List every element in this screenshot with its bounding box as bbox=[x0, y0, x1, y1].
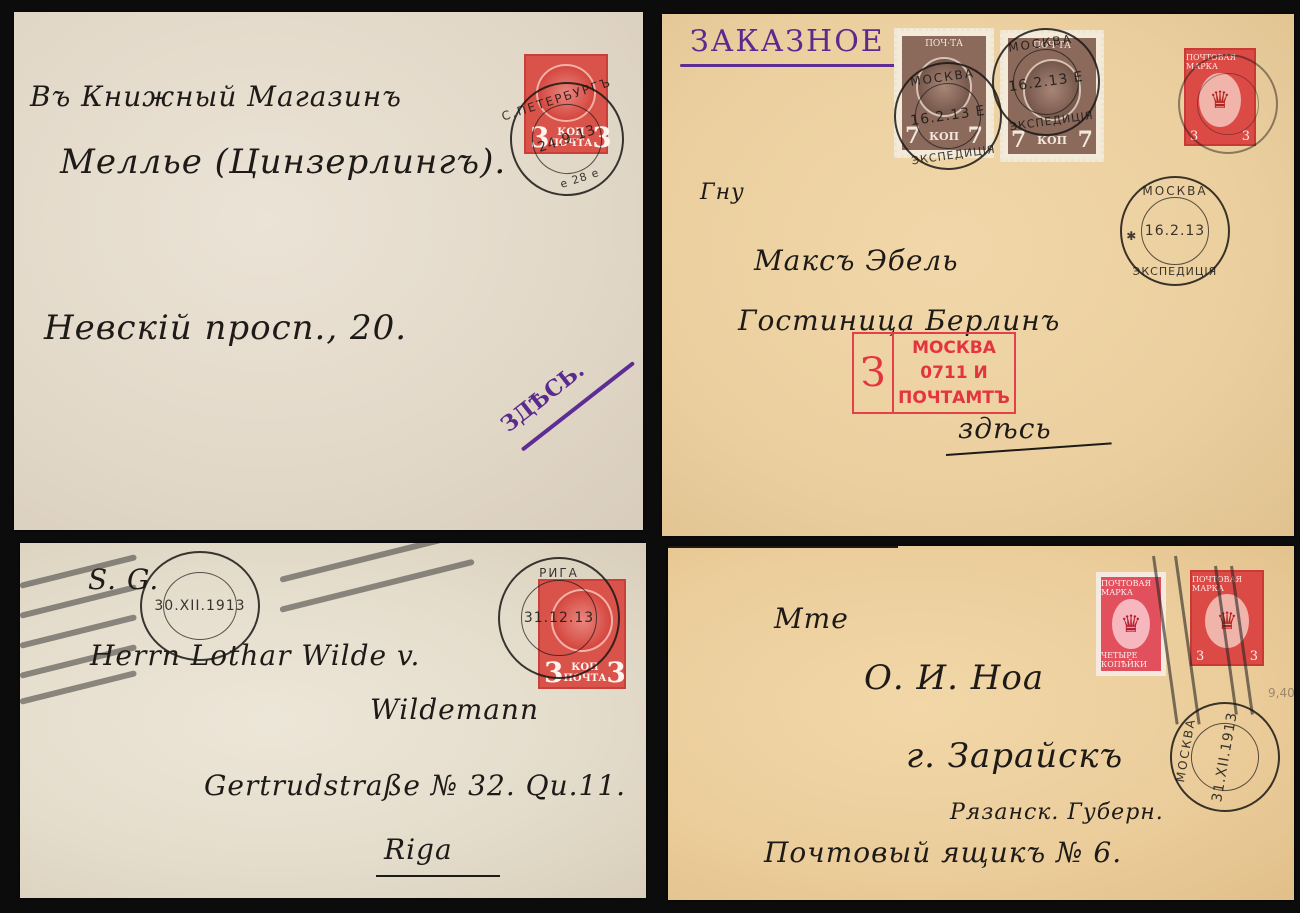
address-line-2: О. И. Ноа bbox=[864, 658, 1044, 698]
stamp-bottom-text: ЧЕТЫРЕ КОПѢЙКИ bbox=[1101, 651, 1161, 669]
postmark-date: 16.2.13 bbox=[1122, 223, 1228, 239]
registration-city: МОСКВА bbox=[912, 338, 996, 358]
postmark-moscow: МОСКВА 31.XII.1913 bbox=[1161, 693, 1288, 820]
envelope-moscow-registered: ЗАКАЗНОЕ ПОЧ·ТА 7КОП7 ПОЧ·ТА 7КОП7 МОСКВ… bbox=[662, 14, 1294, 536]
address-line-5: Почтовый ящикъ № 6. bbox=[764, 836, 1122, 869]
postmark-st-petersburg: С.ПЕТЕРБУРГЪ 24.9.13 е 28 е bbox=[495, 67, 639, 211]
handstamp-zdes: ЗДѢСЬ. bbox=[496, 357, 589, 438]
machine-cancel-bar bbox=[20, 670, 137, 705]
postmark-ghost bbox=[1178, 54, 1278, 154]
address-line-5: Riga bbox=[384, 833, 453, 866]
address-line-3: Невскій просп., 20. bbox=[44, 308, 407, 348]
address-line-1: Мme bbox=[774, 602, 849, 635]
postmark-city: МОСКВА bbox=[1122, 184, 1228, 198]
address-underline bbox=[668, 546, 898, 548]
envelope-st-petersburg: Въ Книжный Магазинъ Меллье (Цинзерлингъ)… bbox=[14, 12, 643, 530]
postmark-sub: ЭКСПЕДИЦІЯ bbox=[1122, 265, 1228, 278]
address-underline bbox=[376, 875, 500, 877]
handstamp-registered: ЗАКАЗНОЕ bbox=[690, 24, 885, 59]
registration-letter: З bbox=[854, 334, 894, 412]
address-line-1: S. G. bbox=[88, 563, 159, 596]
machine-cancel-bar bbox=[279, 543, 475, 583]
registration-office: ПОЧТАМТЪ bbox=[898, 388, 1010, 408]
postmark-city: РИГА bbox=[500, 566, 618, 580]
registration-label: З МОСКВА 0711 И ПОЧТАМТЪ bbox=[852, 332, 1016, 414]
envelope-riga: 30.XII.1913 3 КОППОЧТА 3 РИГА 31.12.13 S… bbox=[20, 543, 646, 898]
stamp-value-right: 7 bbox=[1078, 129, 1093, 151]
stamp-top-text: ПОЧ·ТА bbox=[925, 39, 963, 49]
address-line-3: Wildemann bbox=[370, 693, 539, 726]
stamp-top-text: ПОЧТОВАЯ МАРКА bbox=[1101, 579, 1161, 597]
address-line-1: Гну bbox=[700, 180, 745, 205]
postmark-riga: РИГА 31.12.13 bbox=[498, 557, 620, 679]
handstamp-registered-underline bbox=[680, 64, 898, 67]
pencil-note: 9,40 bbox=[1268, 686, 1294, 700]
registration-number: 0711 И bbox=[920, 363, 987, 383]
address-line-1: Въ Книжный Магазинъ bbox=[30, 80, 402, 113]
address-line-4: Рязанск. Губерн. bbox=[950, 800, 1164, 825]
envelope-zaraisk: ПОЧТОВАЯ МАРКА ♛ ЧЕТЫРЕ КОПѢЙКИ ПОЧТОВАЯ… bbox=[668, 546, 1294, 900]
stamp-unit: КОП bbox=[1037, 135, 1067, 146]
machine-cancel-bar bbox=[279, 559, 475, 613]
address-line-3: г. Зарайскъ bbox=[906, 736, 1123, 776]
stamp-top-text: ПОЧТОВАЯ МАРКА bbox=[1192, 575, 1262, 593]
address-line-2: Herrn Lothar Wilde v. bbox=[90, 639, 420, 672]
eagle-icon: ♛ bbox=[1112, 599, 1149, 649]
address-line-2: Максъ Эбель bbox=[754, 244, 958, 277]
stamp-value-right: 3 bbox=[1250, 649, 1258, 664]
address-line-4: Gertrudstraße № 32. Qu.11. bbox=[204, 769, 626, 802]
address-line-4: здѣсь bbox=[958, 412, 1052, 445]
postmark-date: 30.XII.1913 bbox=[142, 598, 258, 614]
stamp-value-left: 3 bbox=[1196, 649, 1204, 664]
postmark-date: 31.12.13 bbox=[500, 610, 618, 626]
postmark-moscow-expedition: ✱ МОСКВА 16.2.13 ЭКСПЕДИЦІЯ bbox=[1120, 176, 1230, 286]
address-line-2: Меллье (Цинзерлингъ). bbox=[60, 142, 506, 182]
stamp-value-right: 3 bbox=[606, 659, 625, 687]
